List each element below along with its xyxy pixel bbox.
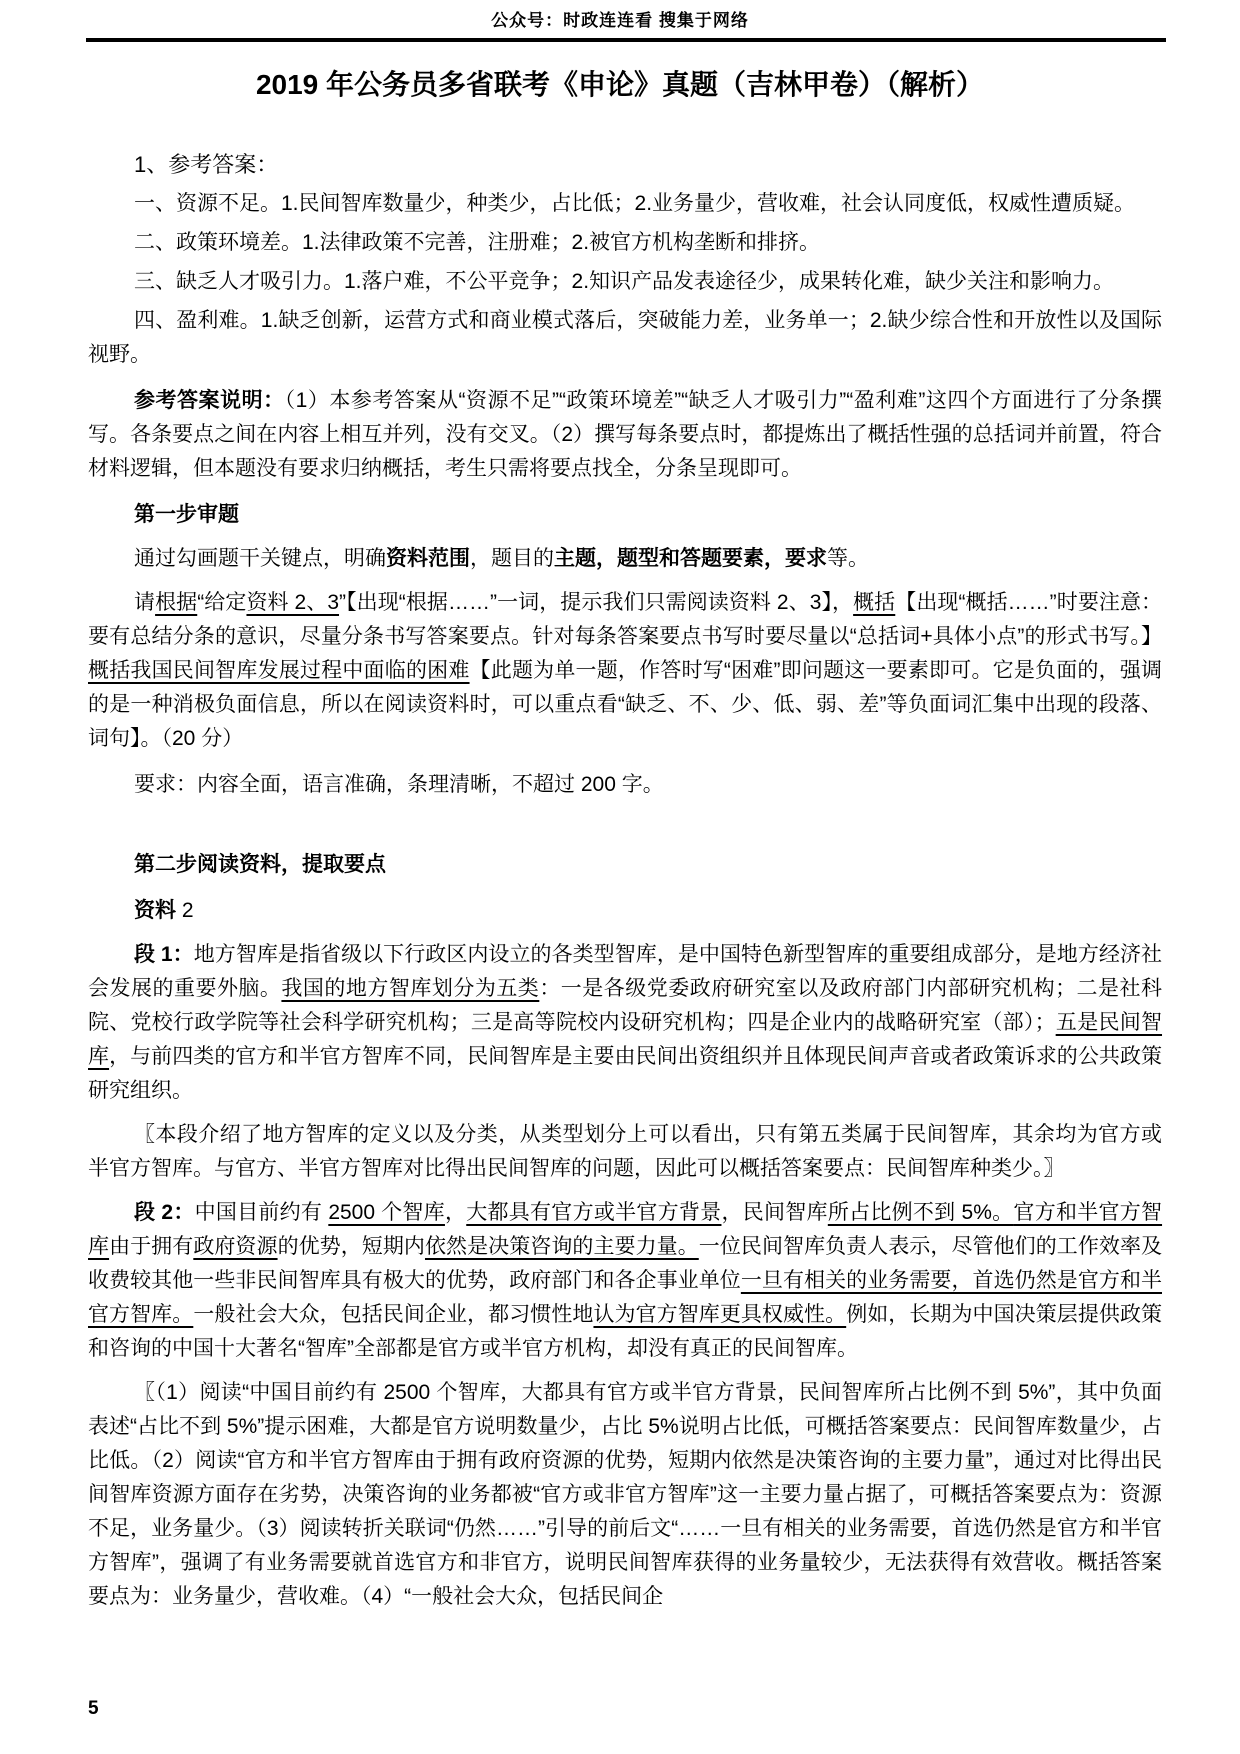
paragraph-answer-point-1: 一、资源不足。1.民间智库数量少，种类少，占比低；2.业务量少，营收难，社会认同… bbox=[88, 187, 1162, 221]
text-segment: 依然是决策咨询的主要力量。 bbox=[425, 1235, 699, 1258]
paragraph-answer-note: 参考答案说明：（1）本参考答案从“资源不足”“政策环境差”“缺乏人才吸引力”“盈… bbox=[88, 384, 1162, 486]
text-segment: ，与前四类的官方和半官方智库不同，民间智库是主要由民间出资组织并且体现民间声音或… bbox=[88, 1045, 1162, 1102]
page-number: 5 bbox=[88, 1698, 99, 1720]
text-segment: 概括我国民间智库发展过程中面临的困难 bbox=[88, 659, 470, 682]
paragraph-answer-point-4: 四、盈利难。1.缺乏创新，运营方式和商业模式落后，突破能力差，业务单一；2.缺少… bbox=[88, 304, 1162, 372]
text-segment: 2500 个智库 bbox=[328, 1201, 445, 1224]
heading-material-2: 资料 2 bbox=[88, 894, 1162, 928]
text-segment: 1、参考答案： bbox=[134, 152, 278, 177]
text-segment: 根据 bbox=[155, 591, 197, 614]
watermark-source-note: 公众号：时政连连看 搜集于网络 bbox=[0, 0, 1240, 32]
heading-step-2: 第二步阅读资料，提取要点 bbox=[88, 848, 1162, 882]
paragraph-answer-point-3: 三、缺乏人才吸引力。1.落户难，不公平竞争；2.知识产品发表途径少，成果转化难，… bbox=[88, 265, 1162, 299]
text-segment: 资料 bbox=[134, 899, 176, 922]
text-segment: ，题目的 bbox=[470, 547, 554, 570]
text-segment: 一般社会大众，包括民间企业，都习惯性地 bbox=[193, 1303, 593, 1326]
text-segment: 参考答案说明： bbox=[134, 389, 285, 412]
text-segment: 2 bbox=[176, 899, 194, 922]
text-segment: 第一步审题 bbox=[134, 503, 239, 526]
paragraph-answer-label: 1、参考答案： bbox=[88, 148, 1162, 182]
text-segment: “给定 bbox=[197, 591, 246, 614]
text-segment: 中国目前约有 bbox=[195, 1201, 329, 1224]
text-segment: 通过勾画题干关键点，明确 bbox=[134, 547, 386, 570]
heading-step-1: 第一步审题 bbox=[88, 498, 1162, 532]
text-segment: ， bbox=[445, 1201, 466, 1224]
paragraph-para-2-commentary: 〖（1）阅读“中国目前约有 2500 个智库，大都具有官方或半官方背景，民间智库… bbox=[88, 1376, 1162, 1614]
text-segment: 段 2： bbox=[134, 1201, 195, 1224]
text-segment: 所占比例不到 5%。 bbox=[828, 1201, 1014, 1224]
text-segment: 三、缺乏人才吸引力。1.落户难，不公平竞争；2.知识产品发表途径少，成果转化难，… bbox=[134, 270, 1114, 293]
text-segment: 我国的地方智库划分为五类 bbox=[281, 977, 539, 1000]
paragraph-material-2-para-2: 段 2：中国目前约有 2500 个智库，大都具有官方或半官方背景，民间智库所占比… bbox=[88, 1196, 1162, 1366]
text-segment: 要求：内容全面，语言准确，条理清晰，不超过 200 字。 bbox=[134, 773, 664, 796]
paragraph-requirement: 要求：内容全面，语言准确，条理清晰，不超过 200 字。 bbox=[88, 768, 1162, 802]
text-segment: 第二步阅读资料，提取要点 bbox=[134, 853, 386, 876]
page-title: 2019 年公务员多省联考《申论》真题（吉林甲卷）（解析） bbox=[90, 66, 1150, 104]
document-content: 1、参考答案： 一、资源不足。1.民间智库数量少，种类少，占比低；2.业务量少，… bbox=[88, 148, 1162, 1614]
text-segment: 大都具有官方或半官方背景 bbox=[466, 1201, 721, 1224]
text-segment: 四、盈利难。1.缺乏创新，运营方式和商业模式落后，突破能力差，业务单一；2.缺少… bbox=[88, 309, 1162, 366]
text-segment: 一、资源不足。1.民间智库数量少，种类少，占比低；2.业务量少，营收难，社会认同… bbox=[134, 192, 1135, 215]
text-segment: 资料范围 bbox=[386, 547, 470, 570]
paragraph-material-2-para-1: 段 1：地方智库是指省级以下行政区内设立的各类型智库，是中国特色新型智库的重要组… bbox=[88, 938, 1162, 1108]
paragraph-step-1-intro: 通过勾画题干关键点，明确资料范围，题目的主题，题型和答题要素，要求等。 bbox=[88, 542, 1162, 576]
text-segment: 等。 bbox=[827, 547, 869, 570]
header-divider bbox=[86, 38, 1166, 42]
text-segment: 请 bbox=[134, 591, 155, 614]
text-segment: 由于拥有 bbox=[109, 1235, 193, 1258]
text-segment: 资料 2、3 bbox=[246, 591, 339, 614]
text-segment: 二、政策环境差。1.法律政策不完善，注册难；2.被官方机构垄断和排挤。 bbox=[134, 231, 820, 254]
paragraph-answer-point-2: 二、政策环境差。1.法律政策不完善，注册难；2.被官方机构垄断和排挤。 bbox=[88, 226, 1162, 260]
paragraph-para-1-commentary: 〖本段介绍了地方智库的定义以及分类，从类型划分上可以看出，只有第五类属于民间智库… bbox=[88, 1118, 1162, 1186]
text-segment: 政府资源 bbox=[193, 1235, 277, 1258]
text-segment: 段 1： bbox=[134, 943, 194, 966]
text-segment: 主题，题型和答题要素，要求 bbox=[554, 547, 827, 570]
text-segment: 〖（1）阅读“中国目前约有 2500 个智库，大都具有官方或半官方背景，民间智库… bbox=[88, 1381, 1162, 1608]
text-segment: 的优势，短期内 bbox=[278, 1235, 425, 1258]
text-segment: 概括 bbox=[853, 591, 895, 614]
text-segment: ，民间智库 bbox=[721, 1201, 827, 1224]
text-segment: 〖本段介绍了地方智库的定义以及分类，从类型划分上可以看出，只有第五类属于民间智库… bbox=[88, 1123, 1162, 1180]
document-page: 公众号：时政连连看 搜集于网络 2019 年公务员多省联考《申论》真题（吉林甲卷… bbox=[0, 0, 1240, 1754]
text-segment: 认为官方智库更具权威性。 bbox=[593, 1303, 846, 1326]
text-segment: ”【出现“根据……”一词，提示我们只需阅读资料 2、3】， bbox=[339, 591, 853, 614]
paragraph-question-analysis: 请根据“给定资料 2、3”【出现“根据……”一词，提示我们只需阅读资料 2、3】… bbox=[88, 586, 1162, 756]
